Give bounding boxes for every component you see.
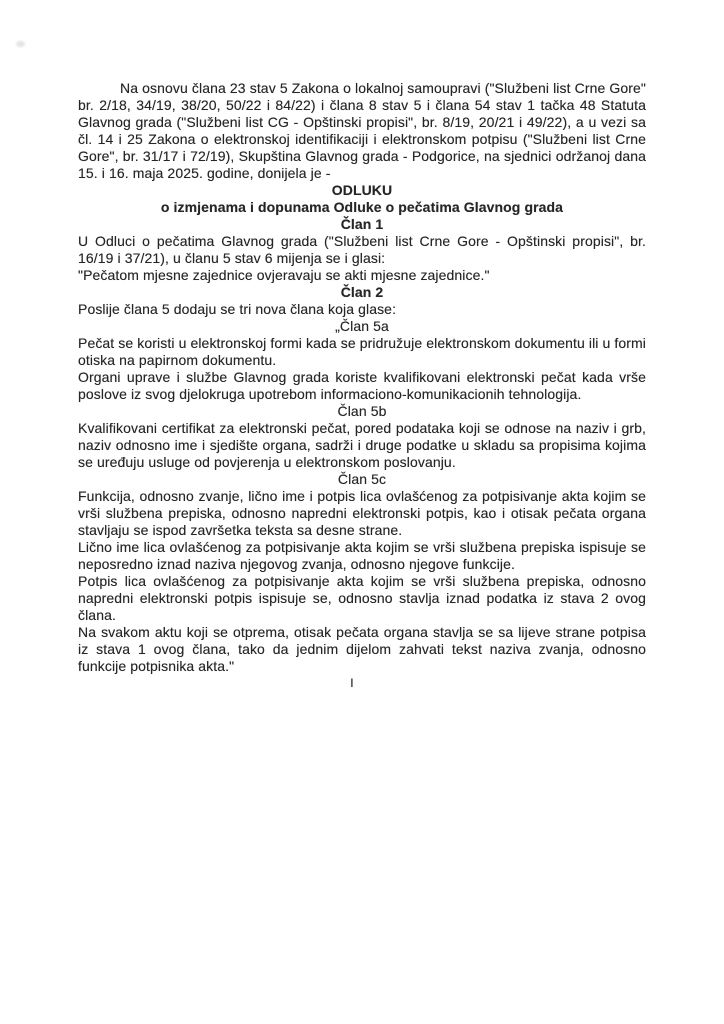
article-5b-heading: Član 5b bbox=[78, 403, 646, 420]
decision-title: ODLUKU bbox=[78, 182, 646, 199]
article-5a-paragraph-1: Pečat se koristi u elektronskoj formi ka… bbox=[78, 335, 646, 369]
decision-subtitle: o izmjenama i dopunama Odluke o pečatima… bbox=[78, 199, 646, 216]
article-5c-heading: Član 5c bbox=[78, 471, 646, 488]
article-5b-paragraph: Kvalifikovani certifikat za elektronski … bbox=[78, 420, 646, 471]
article-5c-paragraph-1: Funkcija, odnosno zvanje, lično ime i po… bbox=[78, 488, 646, 539]
article-5c-paragraph-4: Na svakom aktu koji se otprema, otisak p… bbox=[78, 624, 646, 675]
article-1-heading: Član 1 bbox=[78, 216, 646, 233]
article-5a-heading: „Član 5a bbox=[78, 318, 646, 335]
scan-artifact bbox=[16, 41, 25, 47]
page-number-marker: I bbox=[68, 675, 636, 692]
article-1-paragraph: U Odluci o pečatima Glavnog grada ("Služ… bbox=[78, 233, 646, 267]
article-5a-paragraph-2: Organi uprave i službe Glavnog grada kor… bbox=[78, 369, 646, 403]
article-2-paragraph: Poslije člana 5 dodaju se tri nova člana… bbox=[78, 301, 646, 318]
intro-paragraph: Na osnovu člana 23 stav 5 Zakona o lokal… bbox=[78, 80, 646, 182]
article-5c-paragraph-2: Lično ime lica ovlašćenog za potpisivanj… bbox=[78, 539, 646, 573]
article-1-quote: "Pečatom mjesne zajednice ovjeravaju se … bbox=[78, 267, 646, 284]
article-2-heading: Član 2 bbox=[78, 284, 646, 301]
scanned-document-page: Na osnovu člana 23 stav 5 Zakona o lokal… bbox=[0, 0, 724, 1024]
article-5c-paragraph-3: Potpis lica ovlašćenog za potpisivanje a… bbox=[78, 573, 646, 624]
document-body: Na osnovu člana 23 stav 5 Zakona o lokal… bbox=[78, 80, 646, 692]
